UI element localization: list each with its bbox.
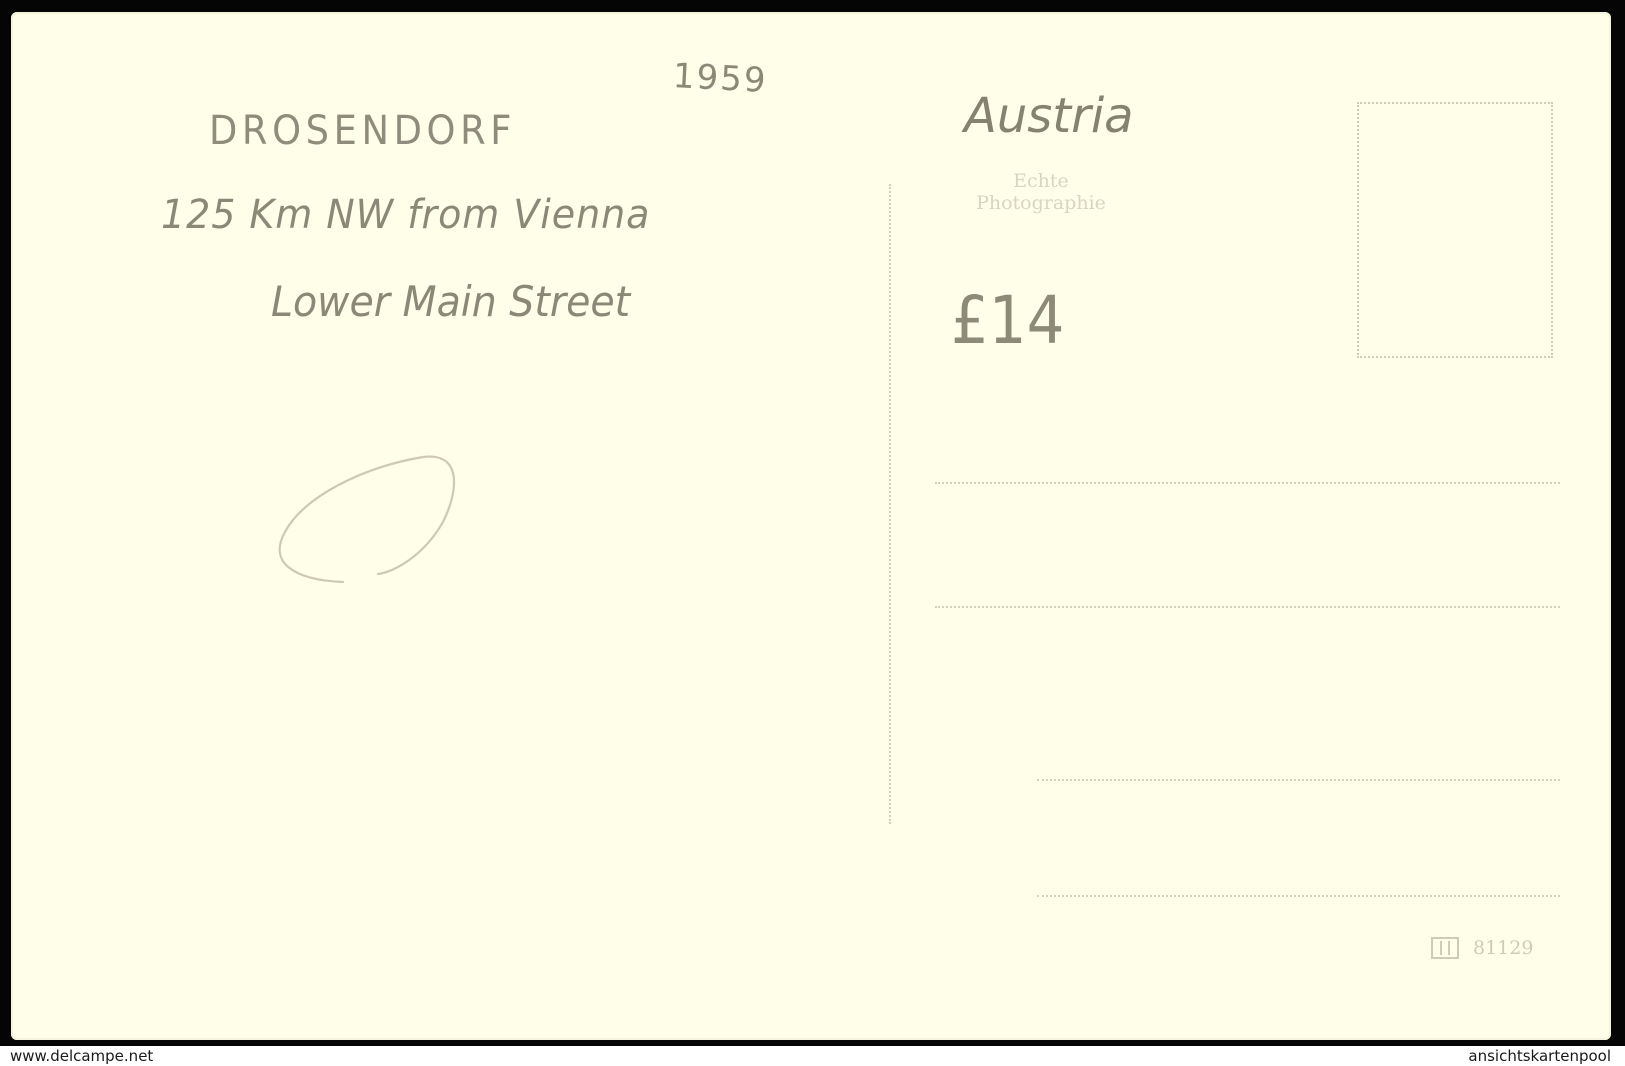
watermark-ansichtskartenpool: ansichtskartenpool [1468, 1047, 1611, 1065]
printed-label-line-2: Photographie [961, 192, 1121, 214]
address-line-3 [1037, 779, 1560, 781]
handwritten-price-code: £14 [951, 282, 1064, 359]
handwritten-year: 1959 [672, 56, 768, 101]
printed-real-photo-label: Echte Photographie [961, 170, 1121, 214]
publisher-logo-icon [1431, 937, 1459, 959]
publisher-number: 81129 [1473, 937, 1533, 959]
handwritten-location-note: Lower Main Street [271, 277, 630, 326]
address-line-4 [1037, 895, 1560, 897]
postcard-back: 1959 DROSENDORF 125 Km NW from Vienna Lo… [11, 12, 1611, 1040]
handwritten-town-name: DROSENDORF [209, 108, 516, 154]
handwritten-distance-note: 125 Km NW from Vienna [161, 192, 650, 238]
handwritten-country: Austria [964, 88, 1134, 144]
center-divider-line [889, 184, 891, 824]
stamp-placeholder-box [1357, 102, 1553, 358]
watermark-delcampe: www.delcampe.net [10, 1047, 153, 1065]
publisher-mark: 81129 [1431, 937, 1533, 959]
printed-label-line-1: Echte [961, 170, 1121, 192]
address-line-2 [935, 606, 1560, 608]
pencil-oval-icon [273, 452, 473, 597]
address-line-1 [935, 482, 1560, 484]
